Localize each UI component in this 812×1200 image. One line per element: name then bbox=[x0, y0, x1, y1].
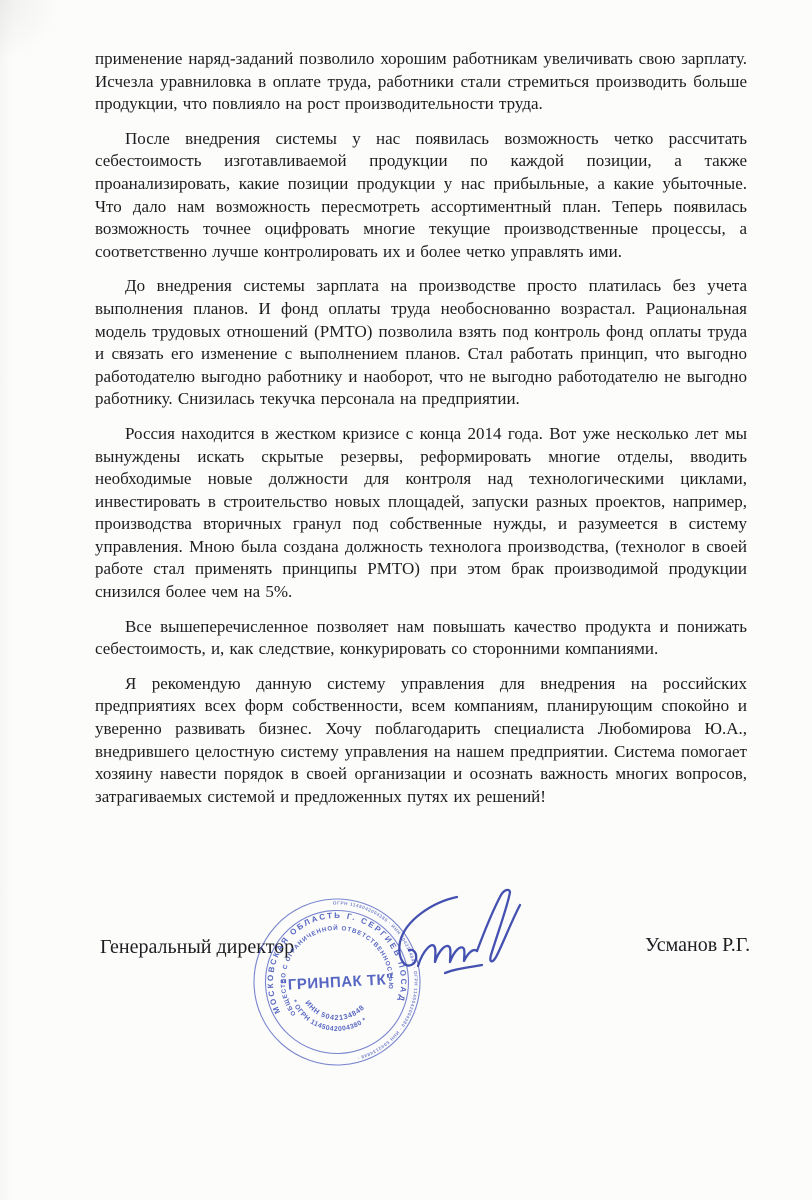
paragraph: Россия находится в жестком кризисе с кон… bbox=[95, 423, 747, 604]
paragraph: Все вышеперечисленное позволяет нам повы… bbox=[95, 616, 747, 661]
scanned-letter-page: применение наряд-заданий позволило хорош… bbox=[0, 0, 812, 1200]
signature-stroke bbox=[399, 897, 457, 966]
paragraph: Я рекомендую данную систему управления д… bbox=[95, 673, 747, 809]
signature-icon bbox=[385, 880, 535, 985]
signature-stroke bbox=[445, 965, 482, 973]
stamp-center-name: "ГРИНПАК ТК" bbox=[280, 971, 394, 994]
paragraph: применение наряд-заданий позволило хорош… bbox=[95, 48, 747, 116]
paragraph: После внедрения системы у нас появилась … bbox=[95, 128, 747, 264]
signature-stroke bbox=[418, 945, 477, 966]
signature-stroke bbox=[477, 890, 520, 961]
letter-body: применение наряд-заданий позволило хорош… bbox=[95, 48, 747, 820]
paragraph: До внедрения системы зарплата на произво… bbox=[95, 275, 747, 411]
signer-name: Усманов Р.Г. bbox=[645, 934, 750, 957]
